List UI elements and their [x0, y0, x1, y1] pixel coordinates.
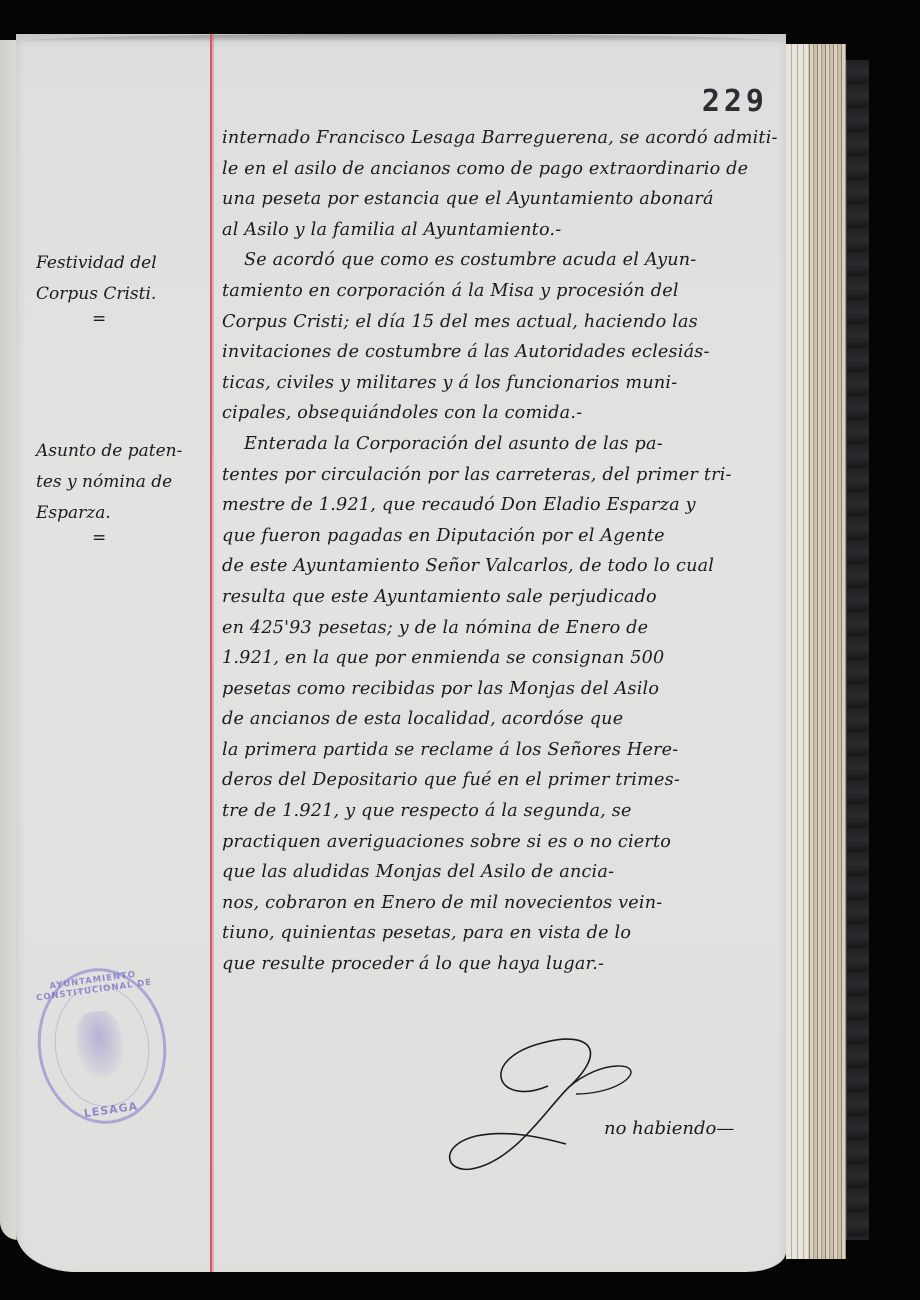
minutes-line: Se acordó que como es costumbre acuda el… [222, 245, 782, 276]
margin-note-line: tes y nómina de [36, 472, 172, 492]
minutes-line: tamiento en corporación á la Misa y proc… [222, 276, 782, 307]
minutes-line: al Asilo y la familia al Ayuntamiento.- [222, 215, 782, 246]
minutes-line: pesetas como recibidas por las Monjas de… [222, 674, 782, 705]
minutes-line: tentes por circulación por las carretera… [222, 460, 782, 491]
minutes-line: cipales, obsequiándoles con la comida.- [222, 398, 782, 429]
minutes-line: una peseta por estancia que el Ayuntamie… [222, 184, 782, 215]
minutes-line: Enterada la Corporación del asunto de la… [222, 429, 782, 460]
margin-note-corpus-cristi: Festividad del Corpus Cristi. = [36, 248, 196, 328]
minutes-line: que fueron pagadas en Diputación por el … [222, 521, 782, 552]
minutes-line: nos, cobraron en Enero de mil noveciento… [222, 888, 782, 919]
minutes-line: mestre de 1.921, que recaudó Don Eladio … [222, 490, 782, 521]
minutes-line: que resulte proceder á lo que haya lugar… [222, 949, 782, 980]
minutes-line: ticas, civiles y militares y á los funci… [222, 368, 782, 399]
minutes-line: de este Ayuntamiento Señor Valcarlos, de… [222, 551, 782, 582]
minutes-line: tiuno, quinientas pesetas, para en vista… [222, 918, 782, 949]
minutes-line: que las aludidas Monjas del Asilo de anc… [222, 857, 782, 888]
margin-note-line: Festividad del [36, 253, 157, 273]
margin-note-line: Asunto de paten- [36, 441, 182, 461]
minutes-line: le en el asilo de ancianos como de pago … [222, 154, 782, 185]
minutes-line: la primera partida se reclame á los Seño… [222, 735, 782, 766]
margin-note-mark: = [36, 529, 196, 547]
minutes-line: invitaciones de costumbre á las Autorida… [222, 337, 782, 368]
closing-text: no habiendo— [604, 1118, 734, 1139]
page-number: 229 [702, 84, 768, 119]
minutes-line: en 425'93 pesetas; y de la nómina de Ene… [222, 613, 782, 644]
minutes-line: Corpus Cristi; el día 15 del mes actual,… [222, 307, 782, 338]
minutes-line: tre de 1.921, y que respecto á la segund… [222, 796, 782, 827]
minutes-line: practiquen averiguaciones sobre si es o … [222, 827, 782, 858]
margin-rule [210, 34, 212, 1272]
minutes-line: de ancianos de esta localidad, acordóse … [222, 704, 782, 735]
margin-note-mark: = [36, 310, 196, 328]
calligraphic-y-flourish-icon [436, 1028, 796, 1178]
margin-note-line: Corpus Cristi. [36, 284, 156, 304]
minutes-body: internado Francisco Lesaga Barreguerena,… [222, 123, 782, 980]
minutes-line: deros del Depositario que fué en el prim… [222, 765, 782, 796]
margin-note-line: Esparza. [36, 503, 111, 523]
minutes-line: resulta que este Ayuntamiento sale perju… [222, 582, 782, 613]
minutes-line: internado Francisco Lesaga Barreguerena,… [222, 123, 782, 154]
minutes-line: 1.921, en la que por enmienda se consign… [222, 643, 782, 674]
book-spine [846, 60, 869, 1240]
margin-note-patentes: Asunto de paten- tes y nómina de Esparza… [36, 436, 196, 547]
